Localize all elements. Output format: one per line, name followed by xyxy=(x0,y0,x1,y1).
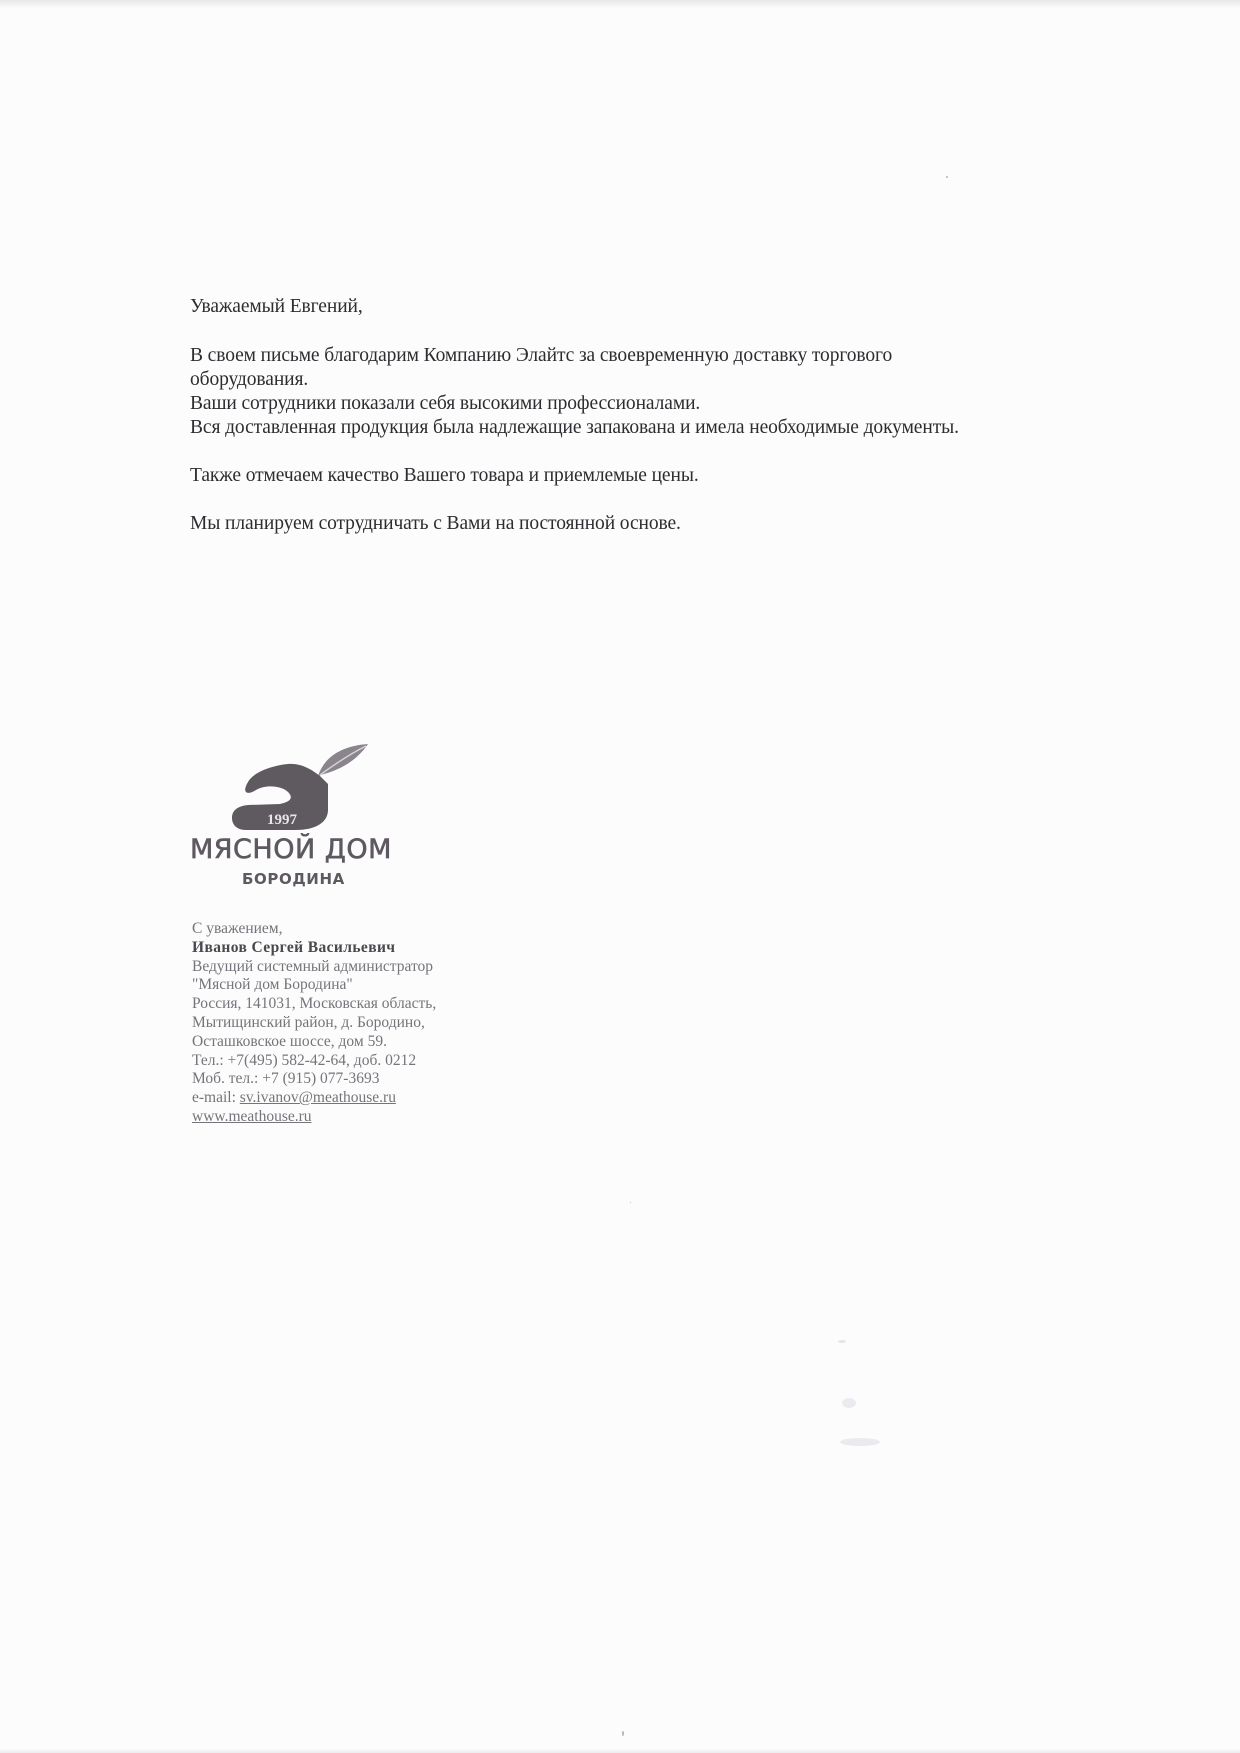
scan-edge-bottom xyxy=(0,1749,1240,1753)
paragraph-line: Ваши сотрудники показали себя высокими п… xyxy=(190,392,1150,416)
greeting: Уважаемый Евгений, xyxy=(190,295,1150,319)
website-row: www.meathouse.ru xyxy=(192,1108,436,1127)
closing: С уважением, xyxy=(192,920,436,939)
house-leaf-logo-icon: 1997 xyxy=(190,738,430,838)
scan-speck xyxy=(622,1731,624,1736)
scan-edge-top xyxy=(0,0,1240,8)
website-link[interactable]: www.meathouse.ru xyxy=(192,1108,312,1125)
paragraph-line: Вся доставленная продукция была надлежащ… xyxy=(190,416,1150,440)
scan-speck xyxy=(840,1438,880,1446)
svg-text:1997: 1997 xyxy=(267,812,298,828)
paragraph-quality: Также отмечаем качество Вашего товара и … xyxy=(190,464,1150,488)
scan-speck xyxy=(630,1202,631,1203)
address-line: Россия, 141031, Московская область, xyxy=(192,995,436,1014)
letter-body: Уважаемый Евгений, В своем письме благод… xyxy=(190,295,1150,536)
mobile-phone: Моб. тел.: +7 (915) 077-3693 xyxy=(192,1070,436,1089)
signature-block: С уважением, Иванов Сергей Васильевич Ве… xyxy=(192,920,436,1127)
company-logo: 1997 МЯСНОЙ ДОМ БОРОДИНА xyxy=(190,738,430,898)
email-label: e-mail: xyxy=(192,1089,240,1106)
paragraph-thanks: В своем письме благодарим Компанию Элайт… xyxy=(190,344,1150,440)
paragraph-line: В своем письме благодарим Компанию Элайт… xyxy=(190,344,1150,368)
signer-name: Иванов Сергей Васильевич xyxy=(192,939,436,958)
scan-speck xyxy=(838,1340,846,1343)
address-line: Мытищинский район, д. Бородино, xyxy=(192,1014,436,1033)
company-name: "Мясной дом Бородина" xyxy=(192,976,436,995)
address-line: Осташковское шоссе, дом 59. xyxy=(192,1033,436,1052)
email-row: e-mail: sv.ivanov@meathouse.ru xyxy=(192,1089,436,1108)
scan-speck xyxy=(946,176,948,178)
paragraph-line: оборудования. xyxy=(190,368,1150,392)
logo-subtitle: БОРОДИНА xyxy=(242,870,345,888)
logo-title: МЯСНОЙ ДОМ xyxy=(190,834,420,865)
email-link[interactable]: sv.ivanov@meathouse.ru xyxy=(240,1089,396,1106)
phone: Тел.: +7(495) 582-42-64, доб. 0212 xyxy=(192,1052,436,1071)
scan-speck xyxy=(842,1398,856,1408)
signer-position: Ведущий системный администратор xyxy=(192,958,436,977)
paragraph-cooperation: Мы планируем сотрудничать с Вами на пост… xyxy=(190,512,1150,536)
